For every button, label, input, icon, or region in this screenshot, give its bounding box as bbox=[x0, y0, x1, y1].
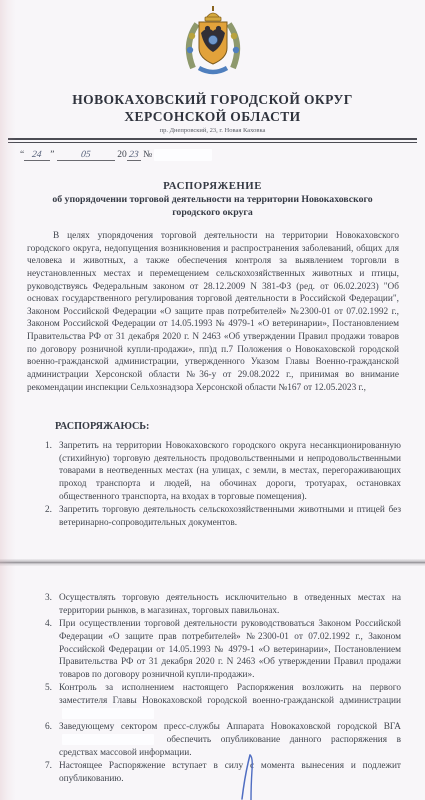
order-item-1-number: 1. bbox=[45, 440, 59, 503]
order-item-5-text: Контроль за исполнением настоящего Распо… bbox=[59, 682, 401, 720]
emblem-container bbox=[0, 6, 425, 89]
redacted-document-number bbox=[154, 149, 212, 161]
order-item-6: 6. Заведующему сектором пресс-службы Апп… bbox=[45, 721, 401, 759]
order-item-5-text-segment: Контроль за исполнением настоящего Распо… bbox=[59, 683, 401, 706]
handwritten-month: 05 bbox=[81, 150, 92, 160]
order-item-7-number: 7. bbox=[45, 760, 59, 785]
number-label: № bbox=[143, 150, 152, 160]
order-items-page1: 1. Запретить на территории Новокаховског… bbox=[45, 440, 401, 530]
order-item-4-text: При осуществлении торговой деятельности … bbox=[59, 618, 401, 681]
order-heading: РАСПОРЯЖАЮСЬ: bbox=[55, 421, 149, 432]
pen-stroke-signature-mark bbox=[228, 752, 272, 800]
order-item-2-text: Запретить торговую деятельность сельскох… bbox=[59, 504, 401, 529]
document-page-2: 3. Осуществлять торговую деятельность ис… bbox=[0, 566, 425, 800]
order-item-6-number: 6. bbox=[45, 721, 59, 759]
organization-name: НОВОКАХОВСКИЙ ГОРОДСКОЙ ОКРУГ ХЕРСОНСКОЙ… bbox=[0, 92, 425, 126]
organization-address: пр. Днепровский, 23, г. Новая Каховка bbox=[0, 127, 425, 134]
order-items-page2: 3. Осуществлять торговую деятельность ис… bbox=[45, 592, 401, 786]
preamble-paragraph: В целях упорядочения торговой деятельнос… bbox=[27, 230, 399, 394]
order-item-2: 2. Запретить торговую деятельность сельс… bbox=[45, 504, 401, 529]
order-item-1-text: Запретить на территории Новокаховского г… bbox=[59, 440, 401, 503]
order-item-3-number: 3. bbox=[45, 592, 59, 617]
header-divider bbox=[8, 138, 417, 143]
organization-name-line1: НОВОКАХОВСКИЙ ГОРОДСКОЙ ОКРУГ bbox=[0, 92, 425, 109]
document-page-1: НОВОКАХОВСКИЙ ГОРОДСКОЙ ОКРУГ ХЕРСОНСКОЙ… bbox=[0, 0, 425, 561]
wreath-right bbox=[229, 24, 237, 68]
scanned-document: НОВОКАХОВСКИЙ ГОРОДСКОЙ ОКРУГ ХЕРСОНСКОЙ… bbox=[0, 0, 425, 800]
quote-close: ” bbox=[50, 150, 54, 160]
redacted-official-name-2 bbox=[62, 734, 154, 745]
order-item-2-number: 2. bbox=[45, 504, 59, 529]
document-title: РАСПОРЯЖЕНИЕ bbox=[0, 180, 425, 192]
year-prefix: 20 bbox=[117, 150, 127, 160]
coat-of-arms-icon bbox=[180, 6, 246, 84]
organization-name-line2: ХЕРСОНСКОЙ ОБЛАСТИ bbox=[0, 109, 425, 126]
order-item-5-number: 5. bbox=[45, 682, 59, 720]
order-item-4-number: 4. bbox=[45, 618, 59, 681]
handwritten-day: 24 bbox=[32, 150, 43, 160]
order-item-6-text-before: Заведующему сектором пресс-службы Аппара… bbox=[59, 722, 401, 732]
order-item-3: 3. Осуществлять торговую деятельность ис… bbox=[45, 592, 401, 617]
orb bbox=[208, 35, 217, 44]
order-item-7: 7. Настоящее Распоряжение вступает в сил… bbox=[45, 760, 401, 785]
redacted-official-name bbox=[62, 708, 154, 719]
order-item-5: 5. Контроль за исполнением настоящего Ра… bbox=[45, 682, 401, 720]
wreath-left bbox=[188, 24, 196, 68]
order-item-4: 4. При осуществлении торговой деятельнос… bbox=[45, 618, 401, 681]
ribbon bbox=[199, 68, 227, 72]
document-subtitle: об упорядочении торговой деятельности на… bbox=[30, 194, 395, 220]
order-item-3-text: Осуществлять торговую деятельность исклю… bbox=[59, 592, 401, 617]
handwritten-year: 23 bbox=[128, 150, 139, 160]
page-break-seam bbox=[0, 559, 425, 566]
order-item-1: 1. Запретить на территории Новокаховског… bbox=[45, 440, 401, 503]
date-number-line: “24” 05 2023 № bbox=[20, 149, 400, 161]
